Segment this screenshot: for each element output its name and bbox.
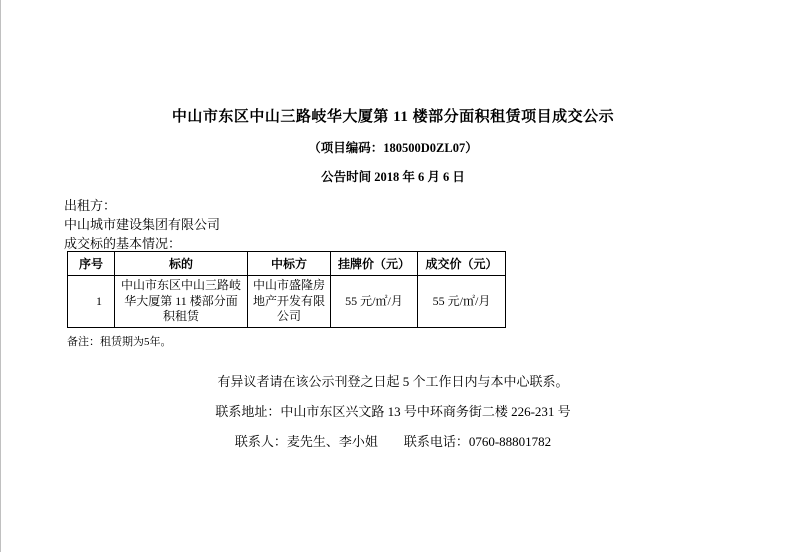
- lessor-label: 出租方：: [64, 195, 116, 214]
- table-header-row: 序号 标的 中标方 挂牌价（元） 成交价（元）: [68, 252, 506, 276]
- deal-info-heading: 成交标的基本情况：: [64, 233, 181, 252]
- header-subject: 标的: [115, 252, 248, 276]
- header-seq-no: 序号: [68, 252, 115, 276]
- contact-person-phone-line: 联系人：麦先生、李小姐联系电话：0760-88801782: [0, 431, 786, 450]
- header-winner: 中标方: [248, 252, 331, 276]
- remark-line: 备注：租赁期为5年。: [67, 333, 172, 349]
- deal-results-table: 序号 标的 中标方 挂牌价（元） 成交价（元） 1 中山市东区中山三路岐华大厦第…: [67, 251, 506, 328]
- project-code-line: （项目编码：180500D0ZL07）: [0, 138, 786, 156]
- cell-winner: 中山市盛隆房地产开发有限公司: [248, 276, 331, 328]
- document-title: 中山市东区中山三路岐华大厦第 11 楼部分面积租赁项目成交公示: [0, 105, 786, 126]
- objection-notice: 有异议者请在该公示刊登之日起 5 个工作日内与本中心联系。: [0, 371, 786, 390]
- contact-phone: 联系电话：0760-88801782: [404, 434, 551, 449]
- lessor-name: 中山城市建设集团有限公司: [64, 214, 220, 233]
- cell-listing-price: 55 元/㎡/月: [331, 276, 418, 328]
- contact-person: 联系人：麦先生、李小姐: [235, 434, 378, 449]
- page-left-edge-line: [0, 0, 1, 552]
- header-deal-price: 成交价（元）: [418, 252, 506, 276]
- cell-seq-no: 1: [68, 276, 115, 328]
- cell-subject: 中山市东区中山三路岐华大厦第 11 楼部分面积租赁: [115, 276, 248, 328]
- header-listing-price: 挂牌价（元）: [331, 252, 418, 276]
- table-row: 1 中山市东区中山三路岐华大厦第 11 楼部分面积租赁 中山市盛隆房地产开发有限…: [68, 276, 506, 328]
- cell-deal-price: 55 元/㎡/月: [418, 276, 506, 328]
- announcement-document: 中山市东区中山三路岐华大厦第 11 楼部分面积租赁项目成交公示 （项目编码：18…: [0, 0, 786, 552]
- contact-address-line: 联系地址：中山市东区兴文路 13 号中环商务街二楼 226-231 号: [0, 401, 786, 420]
- announce-date-line: 公告时间 2018 年 6 月 6 日: [0, 167, 786, 185]
